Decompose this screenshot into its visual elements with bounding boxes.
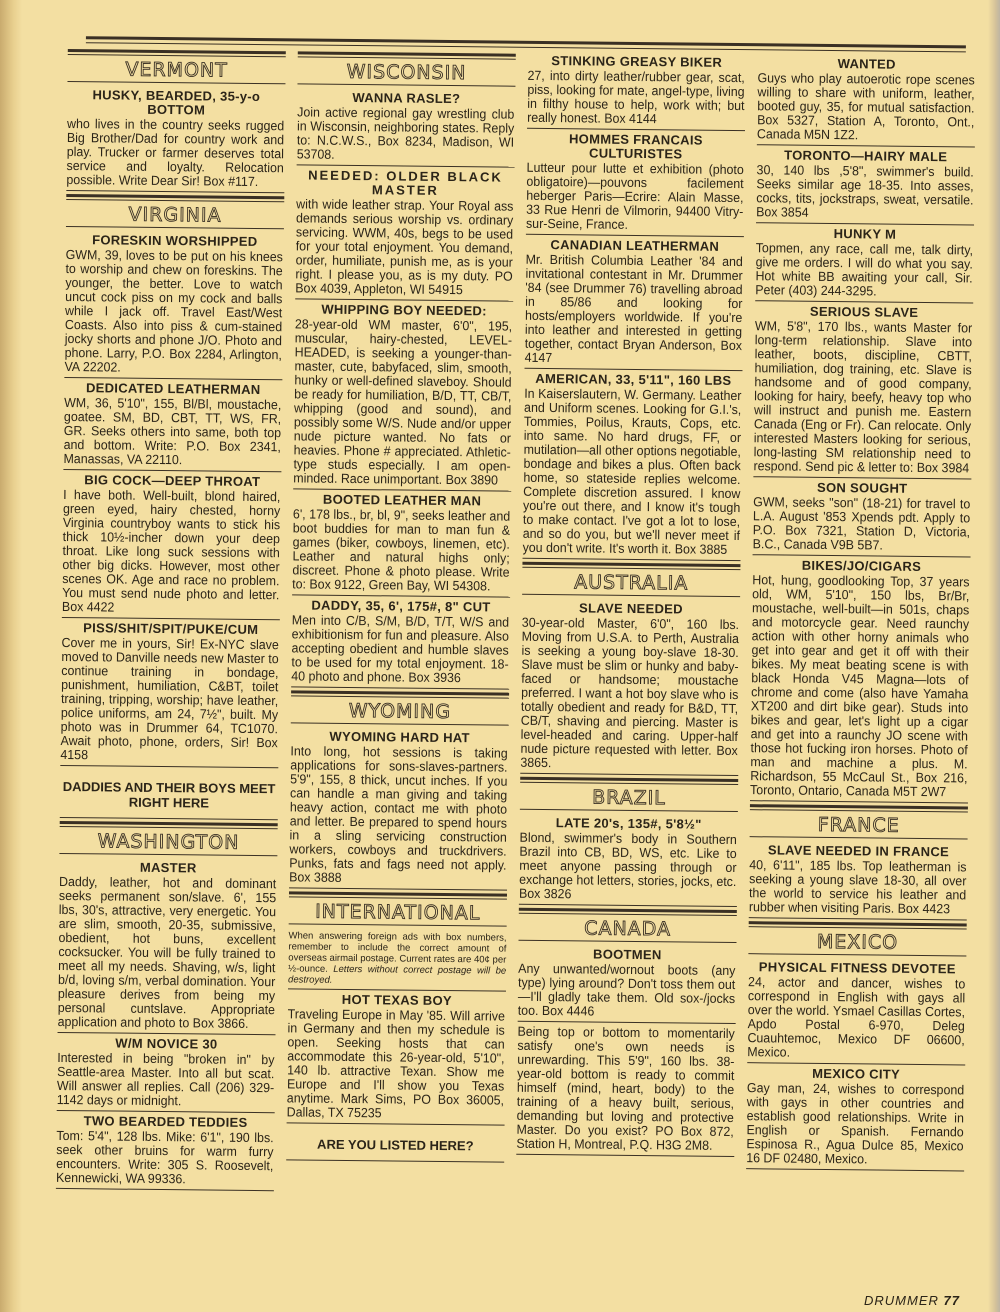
ad-body: Topmen, any race, call me, talk dirty, g… [755,241,973,299]
section-title: VERMONT [67,57,285,83]
section-title: AUSTRALIA [522,570,740,596]
classified-ad: HUNKY MTopmen, any race, call me, talk d… [755,226,974,303]
section-header: VERMONT [67,49,285,84]
ad-body: WM, 36, 5'10", 155, Bl/Bl, moustache, go… [63,396,281,468]
ad-body: 24, actor and dancer, wishes to correspo… [747,975,965,1061]
ad-headline: HOMMES FRANCAIS CULTURISTES [527,132,745,162]
ad-body: In Kaiserslautern, W. Germany. Leather a… [523,387,742,557]
ad-body: Mr. British Columbia Leather '84 and inv… [525,253,743,367]
classified-ad: LATE 20's, 135#, 5'8½"Blond, swimmer's b… [519,816,738,907]
ad-body: Daddy, leather, hot and dominant seeks p… [58,875,277,1031]
ad-body: Gay man, 24, wishes to correspond with g… [746,1081,964,1167]
classified-ad: PISS/SHIT/SPIT/PUKE/CUMCover me in yours… [60,621,280,768]
classified-ad: TORONTO—HAIRY MALE30, 140 lbs ,5'8", swi… [756,148,975,225]
ad-body: 27, into dirty leather/rubber gear, scat… [527,69,745,127]
classified-ad: WYOMING HARD HATInto long, hot sessions … [289,729,509,890]
classified-ad: HUSKY, BEARDED, 35-y-o BOTTOMwho lives i… [66,88,285,193]
ad-body: Hot, hung, goodlooking Top, 37 years old… [750,573,970,799]
classified-ad: WHIPPING BOY NEEDED:28-year-old WM maste… [293,302,513,491]
classified-ad: DADDY, 35, 6', 175#, 8" CUTMen into C/B,… [291,598,510,689]
classified-ad: AMERICAN, 33, 5'11", 160 LBSIn Kaisersla… [523,372,743,561]
ad-body: 30, 140 lbs ,5'8", swimmer's build. Seek… [756,163,974,221]
classified-ad: W/M NOVICE 30Interested in being "broken… [57,1036,276,1113]
classified-ad: MASTERDaddy, leather, hot and dominant s… [58,860,278,1035]
promo-banner: DADDIES AND THEIR BOYS MEET RIGHT HERE [60,769,279,820]
postage-notice: When answering foreign ads with box numb… [288,930,507,991]
page-spine-shadow [0,0,22,1312]
ad-body: who lives in the country seeks rugged Bi… [66,117,284,189]
ad-body: I have both. Well-built, blond haired, g… [62,488,281,616]
section-title: BRAZIL [520,785,738,811]
classified-ad: HOT TEXAS BOYTraveling Europe in May '85… [287,992,506,1125]
ad-body: Being top or bottom to momentarily satis… [516,1025,735,1153]
ad-body: Into long, hot sessions is taking applic… [289,744,508,886]
ad-body: Traveling Europe in May '85. Will arrive… [287,1007,505,1121]
classified-ad: SON SOUGHTGWM, seeks "son" (18-21) for t… [753,480,972,557]
section-header: WASHINGTON [59,821,277,856]
classified-ad: SERIOUS SLAVEWM, 5'8", 170 lbs., wants M… [753,304,973,479]
section-header: WISCONSIN [297,51,515,86]
section-header: BRAZIL [520,777,738,812]
section-title: FRANCE [750,812,968,838]
classified-ad: TWO BEARDED TEDDIESTom: 5'4", 128 lbs. M… [56,1114,275,1191]
ad-body: 6', 178 lbs., br, bl, 9", seeks leather … [292,507,510,593]
promo-banner: ARE YOU LISTED HERE? [286,1126,504,1162]
classified-ad: Being top or bottom to momentarily satis… [516,1025,735,1157]
section-title: INTERNATIONAL [289,899,507,925]
ad-body: Guys who play autoerotic rope scenes wil… [757,71,975,143]
classified-ad: MEXICO CITYGay man, 24, wishes to corres… [746,1066,965,1171]
ad-columns: VERMONTHUSKY, BEARDED, 35-y-o BOTTOMwho … [56,49,980,1201]
column-3: STINKING GREASY BIKER27, into dirty leat… [516,54,746,1199]
section-title: VIRGINIA [66,202,284,228]
classified-ad: SLAVE NEEDED IN FRANCE40, 6'11", 185 lbs… [749,843,968,920]
section-title: WISCONSIN [297,59,515,85]
ad-body: 30-year-old Master, 6'0", 160 lbs. Movin… [520,616,739,772]
column-4: WANTEDGuys who play autoerotic rope scen… [746,56,976,1201]
column-1: VERMONTHUSKY, BEARDED, 35-y-o BOTTOMwho … [56,49,286,1194]
section-header: WYOMING [291,690,509,725]
classified-ad: SLAVE NEEDED30-year-old Master, 6'0", 16… [520,601,740,776]
section-header: AUSTRALIA [522,562,740,597]
classified-ad: DEDICATED LEATHERMANWM, 36, 5'10", 155, … [63,381,282,472]
classified-ad: FORESKIN WORSHIPPEDGWM, 39, loves to be … [64,233,284,380]
classified-ad: CANADIAN LEATHERMANMr. British Columbia … [524,238,743,371]
page-number: 77 [944,1293,960,1308]
ad-body: Cover me in yours, Sir! Ex-NYC slave mov… [60,636,279,764]
section-header: CANADA [519,908,737,943]
ad-headline: HUSKY, BEARDED, 35-y-o BOTTOM [67,88,285,118]
page-edge [988,0,1000,1312]
ad-body: Interested in being "broken in" by Seatt… [57,1051,275,1109]
ad-body: with wide leather strap. Your Royal ass … [295,197,513,297]
section-header: MEXICO [748,921,966,956]
section-header: FRANCE [750,804,968,839]
ad-body: 28-year-old WM master, 6'0", 195, muscul… [293,317,512,487]
section-title: MEXICO [748,929,966,955]
classified-ad: BOOTMENAny unwanted/wornout boots (any t… [518,947,737,1024]
ad-body: Men into C/B, S/M, B/D, T/T, W/S and exh… [291,613,509,685]
ad-headline: NEEDED: OLDER BLACK MASTER [296,168,514,198]
ad-body: WM, 5'8", 170 lbs., wants Master for lon… [753,319,972,475]
page-footer: DRUMMER 77 [864,1293,960,1308]
ad-body: GWM, seeks "son" (18-21) for travel to L… [753,495,971,553]
section-title: WYOMING [291,698,509,724]
ad-body: 40, 6'11", 185 lbs. Top leatherman is se… [749,858,967,916]
classified-ad: PHYSICAL FITNESS DEVOTEE24, actor and da… [747,960,966,1065]
classified-ad: BOOTED LEATHER MAN6', 178 lbs., br, bl, … [292,492,511,597]
section-header: INTERNATIONAL [289,891,507,926]
ad-body: GWM, 39, loves to be put on his knees to… [64,248,283,376]
classifieds-page: VERMONTHUSKY, BEARDED, 35-y-o BOTTOMwho … [55,32,980,1311]
column-2: WISCONSINWANNA RASLE?Join active regiona… [286,51,516,1196]
classified-ad: WANNA RASLE?Join active regional gay wre… [297,90,516,167]
ad-body: Lutteur pour lutte et exhibition (photo … [526,161,744,233]
classified-ad: HOMMES FRANCAIS CULTURISTESLutteur pour … [526,132,745,237]
ad-body: Blond, swimmer's body in Southern Brazil… [519,831,737,903]
classified-ad: BIG COCK—DEEP THROATI have both. Well-bu… [62,473,282,620]
classified-ad: WANTEDGuys who play autoerotic rope scen… [757,56,976,147]
ad-body: Any unwanted/wornout boots (any type) ly… [518,962,736,1020]
ad-body: Tom: 5'4", 128 lbs. Mike: 6'1", 190 lbs.… [56,1129,274,1187]
section-header: VIRGINIA [66,194,284,229]
ad-body: Join active regional gay wrestling club … [297,105,515,163]
magazine-name: DRUMMER [864,1293,939,1308]
classified-ad: STINKING GREASY BIKER27, into dirty leat… [527,54,746,131]
section-title: WASHINGTON [59,829,277,855]
section-title: CANADA [519,916,737,942]
classified-ad: NEEDED: OLDER BLACK MASTERwith wide leat… [295,168,514,301]
classified-ad: BIKES/JO/CIGARSHot, hung, goodlooking To… [750,558,971,803]
